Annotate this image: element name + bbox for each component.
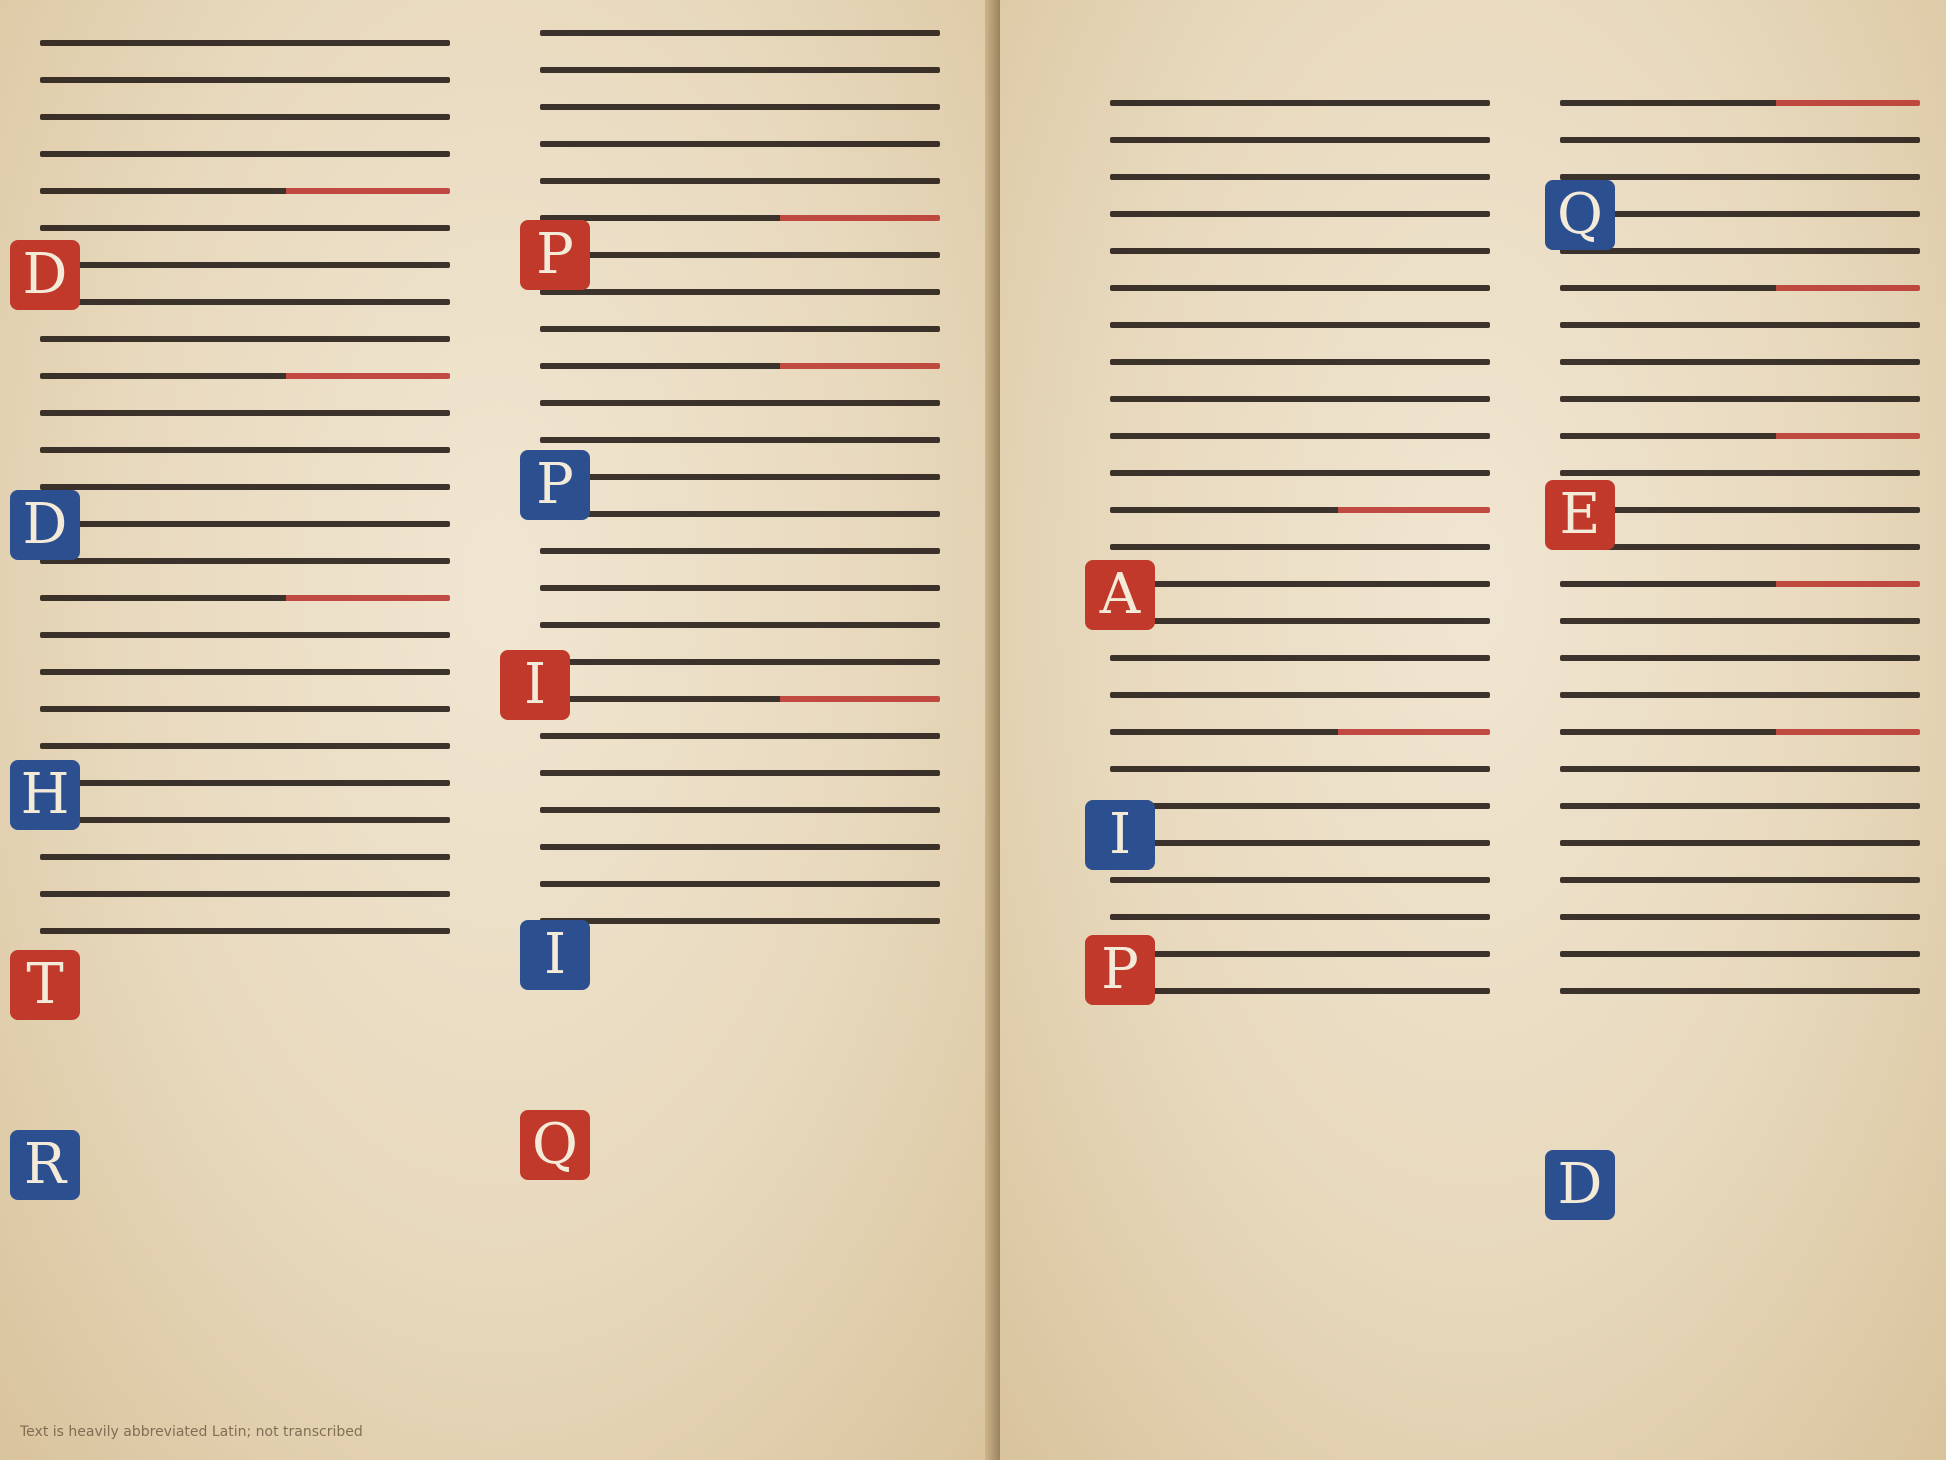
decorated-initial: P — [520, 450, 590, 520]
left-page-column-1 — [40, 40, 450, 965]
decorated-initial: I — [500, 650, 570, 720]
right-page: A I P Q E D — [1000, 0, 1946, 1460]
left-page-column-2 — [540, 30, 940, 955]
decorated-initial: D — [1545, 1150, 1615, 1220]
decorated-initial: D — [10, 240, 80, 310]
decorated-initial: T — [10, 950, 80, 1020]
decorated-initial: P — [1085, 935, 1155, 1005]
transcription-note: Text is heavily abbreviated Latin; not t… — [20, 1424, 363, 1440]
right-page-column-1 — [1110, 100, 1490, 1025]
decorated-initial: Q — [520, 1110, 590, 1180]
decorated-initial: I — [520, 920, 590, 990]
decorated-initial: D — [10, 490, 80, 560]
decorated-initial: A — [1085, 560, 1155, 630]
decorated-initial: H — [10, 760, 80, 830]
decorated-initial: E — [1545, 480, 1615, 550]
decorated-initial: Q — [1545, 180, 1615, 250]
decorated-initial: P — [520, 220, 590, 290]
decorated-initial: I — [1085, 800, 1155, 870]
left-page: D D H T R P P I I Q — [0, 0, 1000, 1460]
decorated-initial: R — [10, 1130, 80, 1200]
manuscript-spread: D D H T R P P I I Q A I P — [0, 0, 1946, 1460]
